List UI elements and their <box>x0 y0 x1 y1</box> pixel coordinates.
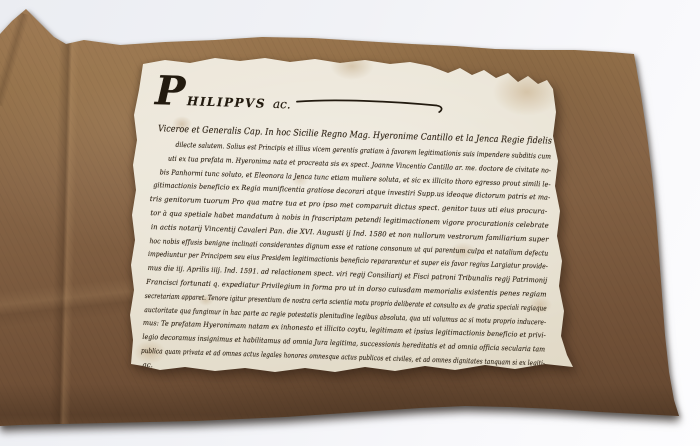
heading-flourish-icon <box>296 93 446 114</box>
manuscript-text: PHILIPPVS ac. Viceroe et Generalis Cap. … <box>140 66 561 385</box>
paper-sheet: PHILIPPVS ac. Viceroe et Generalis Cap. … <box>0 0 700 446</box>
manuscript-page: PHILIPPVS ac. Viceroe et Generalis Cap. … <box>0 0 700 446</box>
heading-initial: P <box>154 66 185 117</box>
heading-abbreviation: ac. <box>273 97 291 112</box>
photo-background: PHILIPPVS ac. Viceroe et Generalis Cap. … <box>0 0 700 446</box>
heading-word: HILIPPVS <box>187 94 266 110</box>
